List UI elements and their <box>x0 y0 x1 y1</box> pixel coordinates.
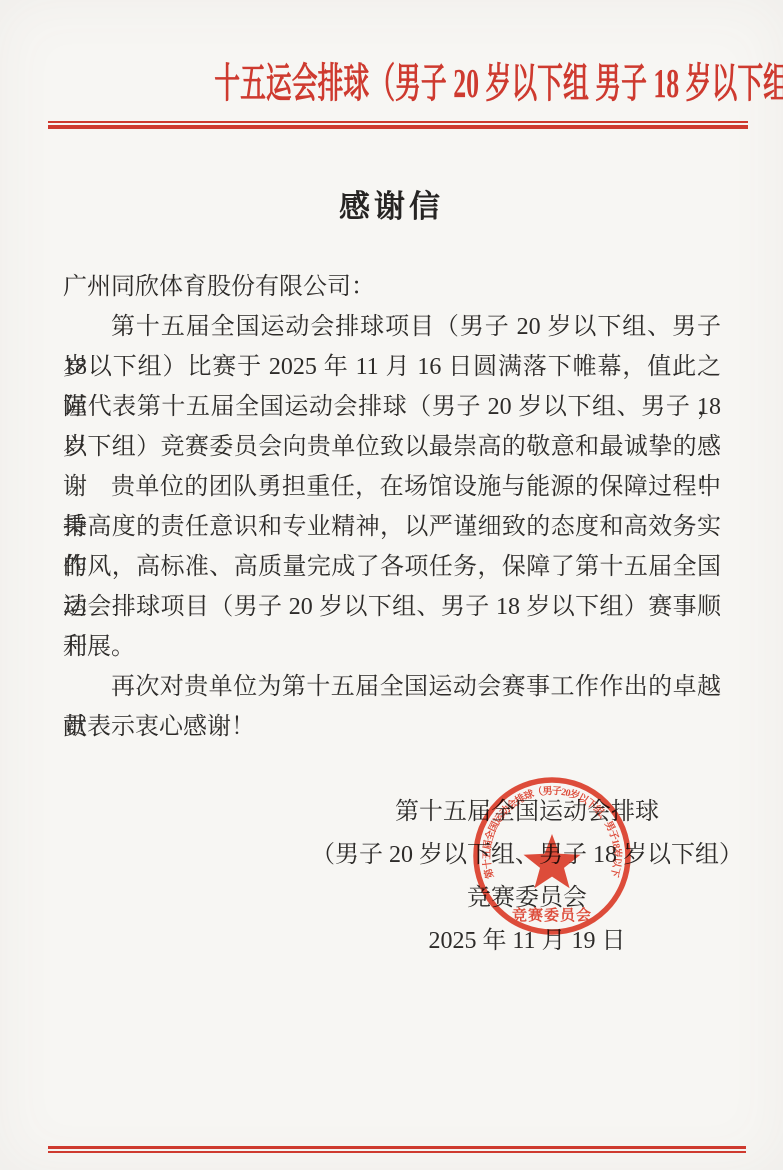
salutation-line: 广州同欣体育股份有限公司： <box>63 267 721 307</box>
rule-thin-line <box>48 1151 746 1153</box>
body-line: 开展。 <box>63 627 721 667</box>
official-seal-stamp: 第十五届全国运动会排球（男子20岁以下组、男子18岁以下组） 竞赛委员会 <box>466 770 638 942</box>
body-line: 持高度的责任意识和专业精神，以严谨细致的态度和高效务实的 <box>63 507 721 547</box>
body-line: 以下组）竞赛委员会向贵单位致以最崇高的敬意和最诚挚的感谢！ <box>63 427 721 467</box>
body-line: 贵单位的团队勇担重任，在场馆设施与能源的保障过程中秉 <box>63 467 721 507</box>
body-line: 第十五届全国运动会排球项目（男子 20 岁以下组、男子 18 <box>63 307 721 347</box>
letter-body: 广州同欣体育股份有限公司： 第十五届全国运动会排球项目（男子 20 岁以下组、男… <box>63 267 721 747</box>
red-star-icon <box>524 834 581 888</box>
letter-page: 十五运会排球（男子 20 岁以下组 男子 18 岁以下组）竞赛委员会 感谢信 广… <box>0 0 783 1170</box>
footer-double-rule <box>48 1146 746 1153</box>
body-line: 再次对贵单位为第十五届全国运动会赛事工作作出的卓越贡 <box>63 667 721 707</box>
body-line: 谨代表第十五届全国运动会排球（男子 20 岁以下组、男子 18 岁 <box>63 387 721 427</box>
body-line: 献表示衷心感谢！ <box>63 707 721 747</box>
letterhead-title-text: 十五运会排球（男子 20 岁以下组 男子 18 岁以下组）竞赛委员会 <box>214 58 783 108</box>
document-title: 感谢信 <box>0 181 783 226</box>
letterhead-double-rule <box>48 121 748 129</box>
body-line: 岁以下组）比赛于 2025 年 11 月 16 日圆满落下帷幕，值此之际， <box>63 347 721 387</box>
seal-center-label: 竞赛委员会 <box>512 906 592 924</box>
body-line: 作风，高标准、高质量完成了各项任务，保障了第十五届全国运 <box>63 547 721 587</box>
letterhead-title: 十五运会排球（男子 20 岁以下组 男子 18 岁以下组）竞赛委员会 <box>0 58 783 108</box>
body-line: 动会排球项目（男子 20 岁以下组、男子 18 岁以下组）赛事顺利 <box>63 587 721 627</box>
rule-thick-line <box>48 125 748 129</box>
